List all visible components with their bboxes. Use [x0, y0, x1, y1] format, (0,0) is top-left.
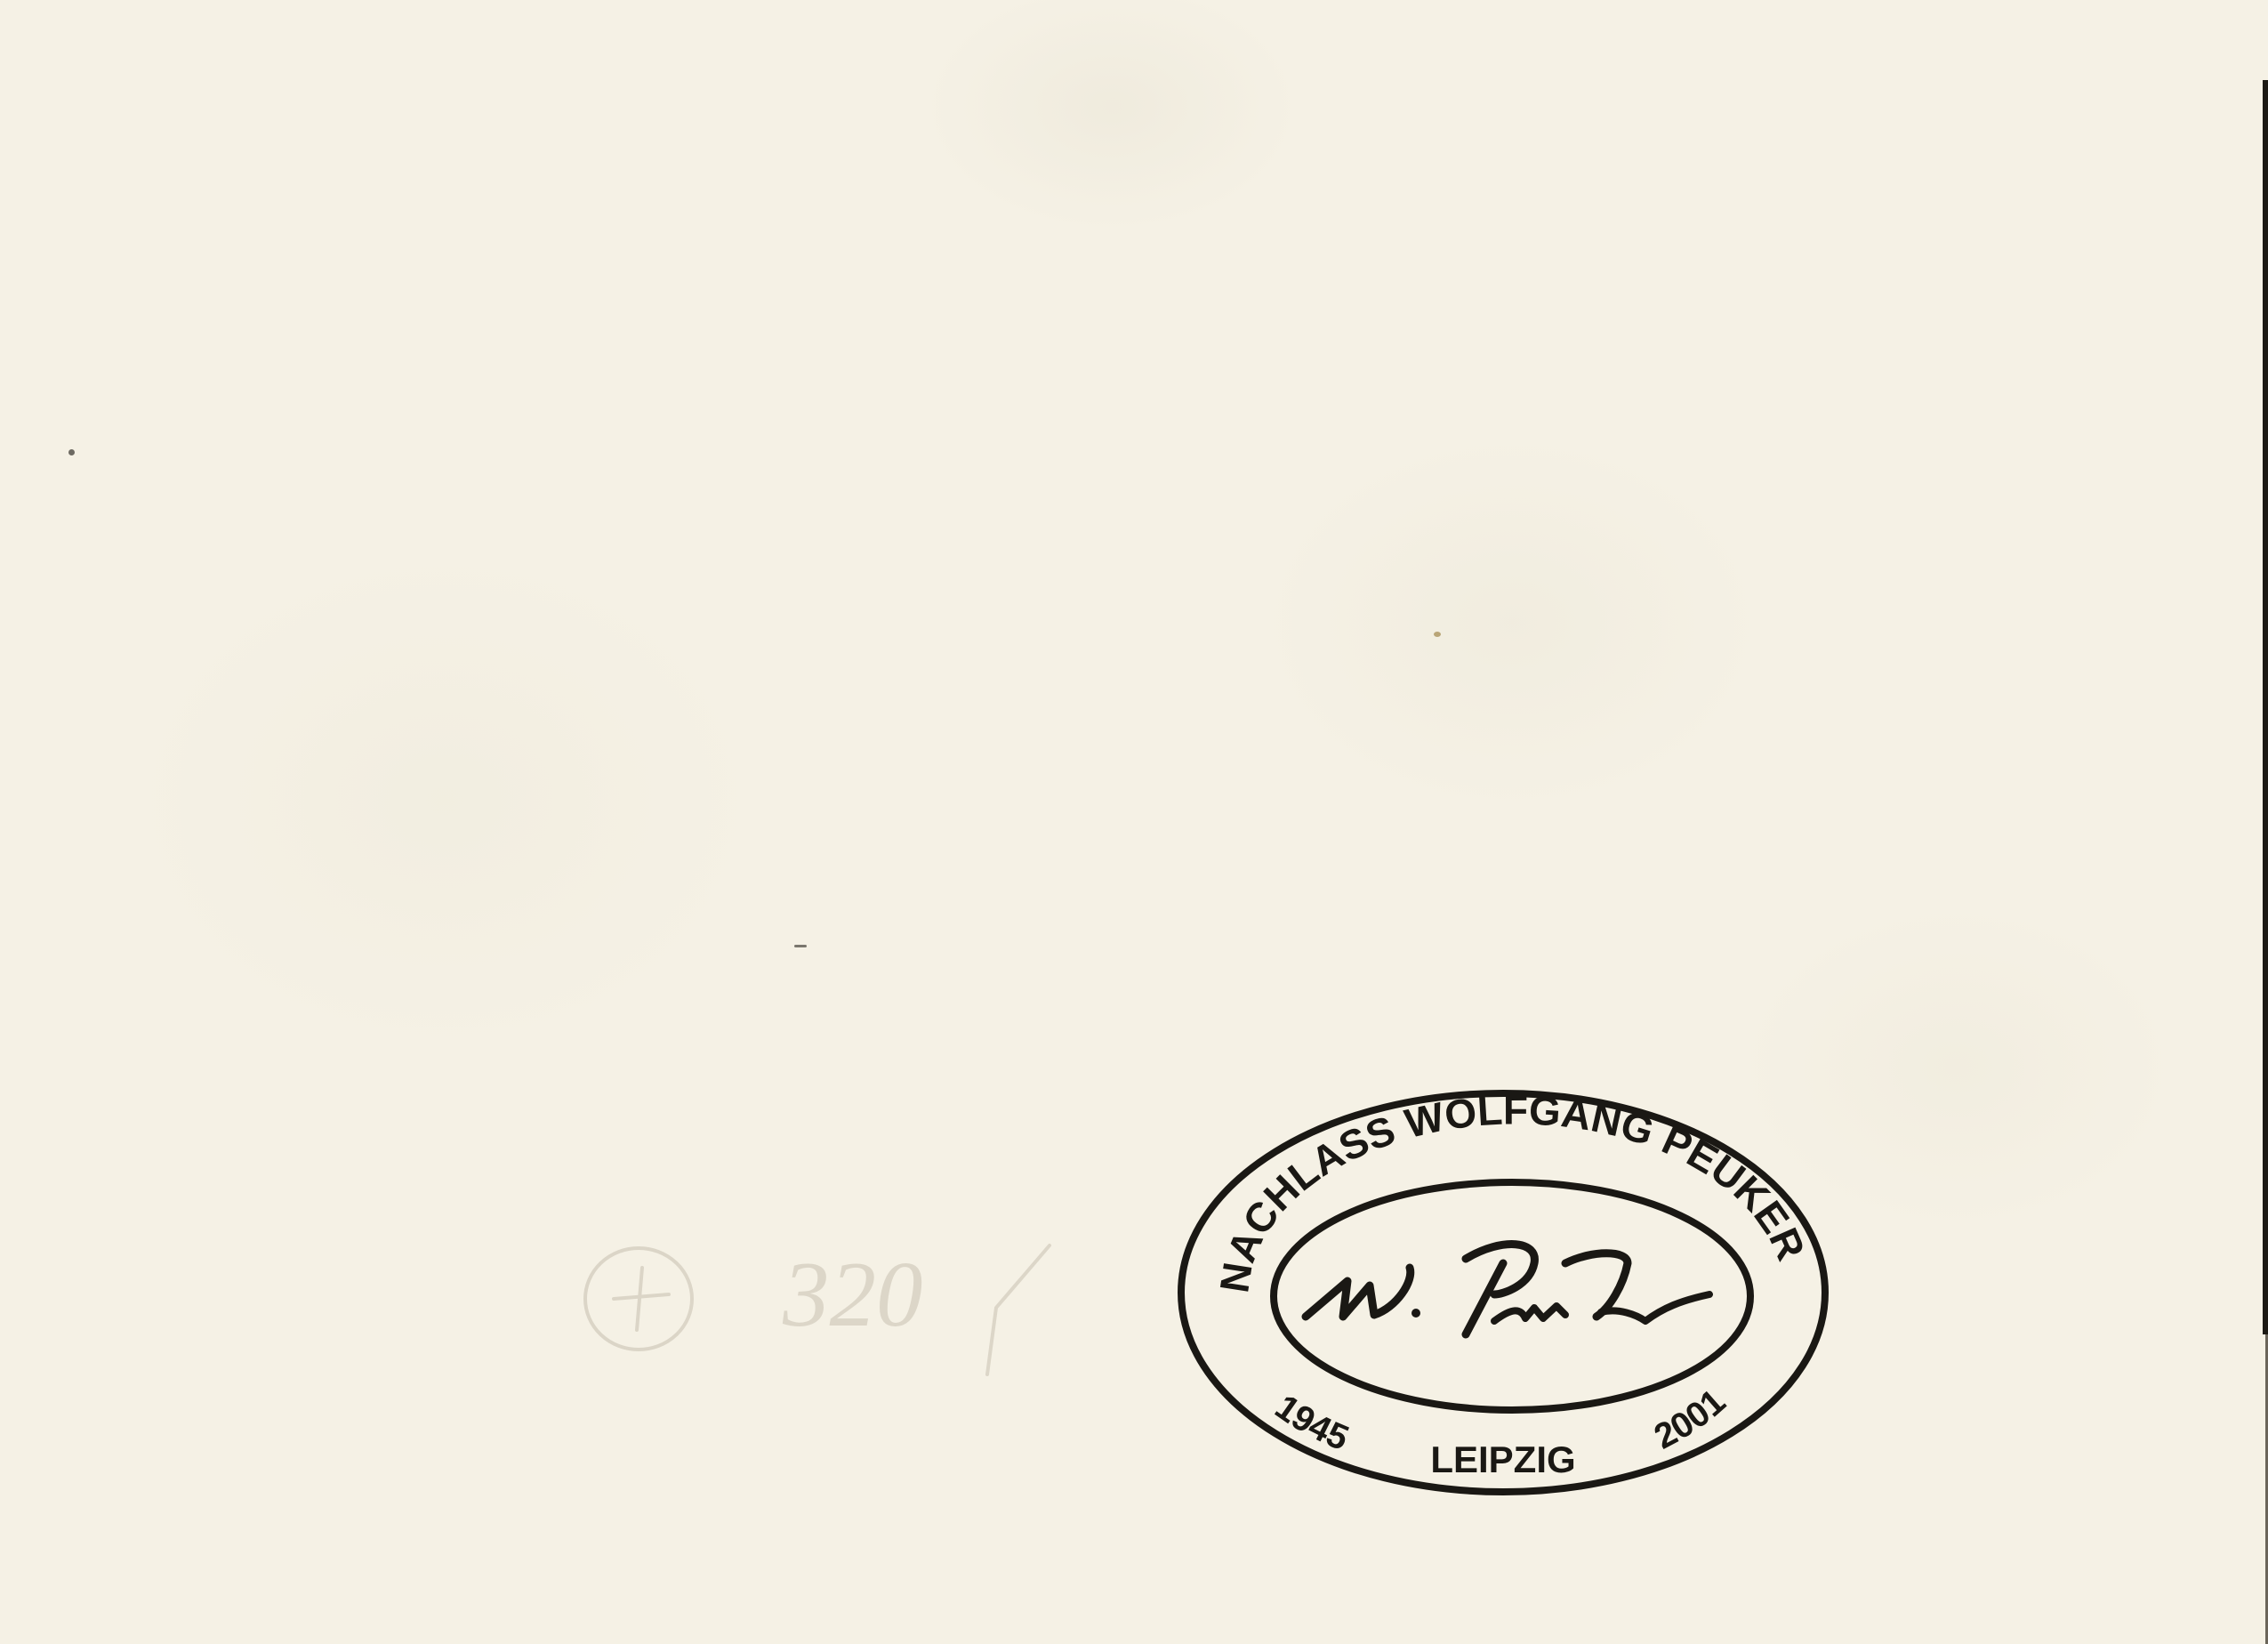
- estate-stamp: NACHLASS WOLFGANG PEUKER 1945 2001 LEIPZ…: [1181, 1086, 1825, 1492]
- stamp-top-text: NACHLASS WOLFGANG PEUKER: [1210, 1086, 1814, 1295]
- circled-cross-icon: [585, 1248, 692, 1350]
- stamp-signature: [1306, 1245, 1709, 1334]
- stamp-year-left: 1945: [1268, 1387, 1355, 1458]
- pencil-slash-mark: [987, 1245, 1050, 1374]
- pencil-number: 320: [782, 1242, 923, 1346]
- stamp-city: LEIPZIG: [1430, 1438, 1575, 1480]
- pencil-annotation: [585, 1248, 692, 1350]
- stamp-year-right: 2001: [1648, 1382, 1733, 1456]
- annotations-layer: 320 NACHLASS WOLFGANG PEUKER 1945 2001 L…: [0, 0, 2268, 1644]
